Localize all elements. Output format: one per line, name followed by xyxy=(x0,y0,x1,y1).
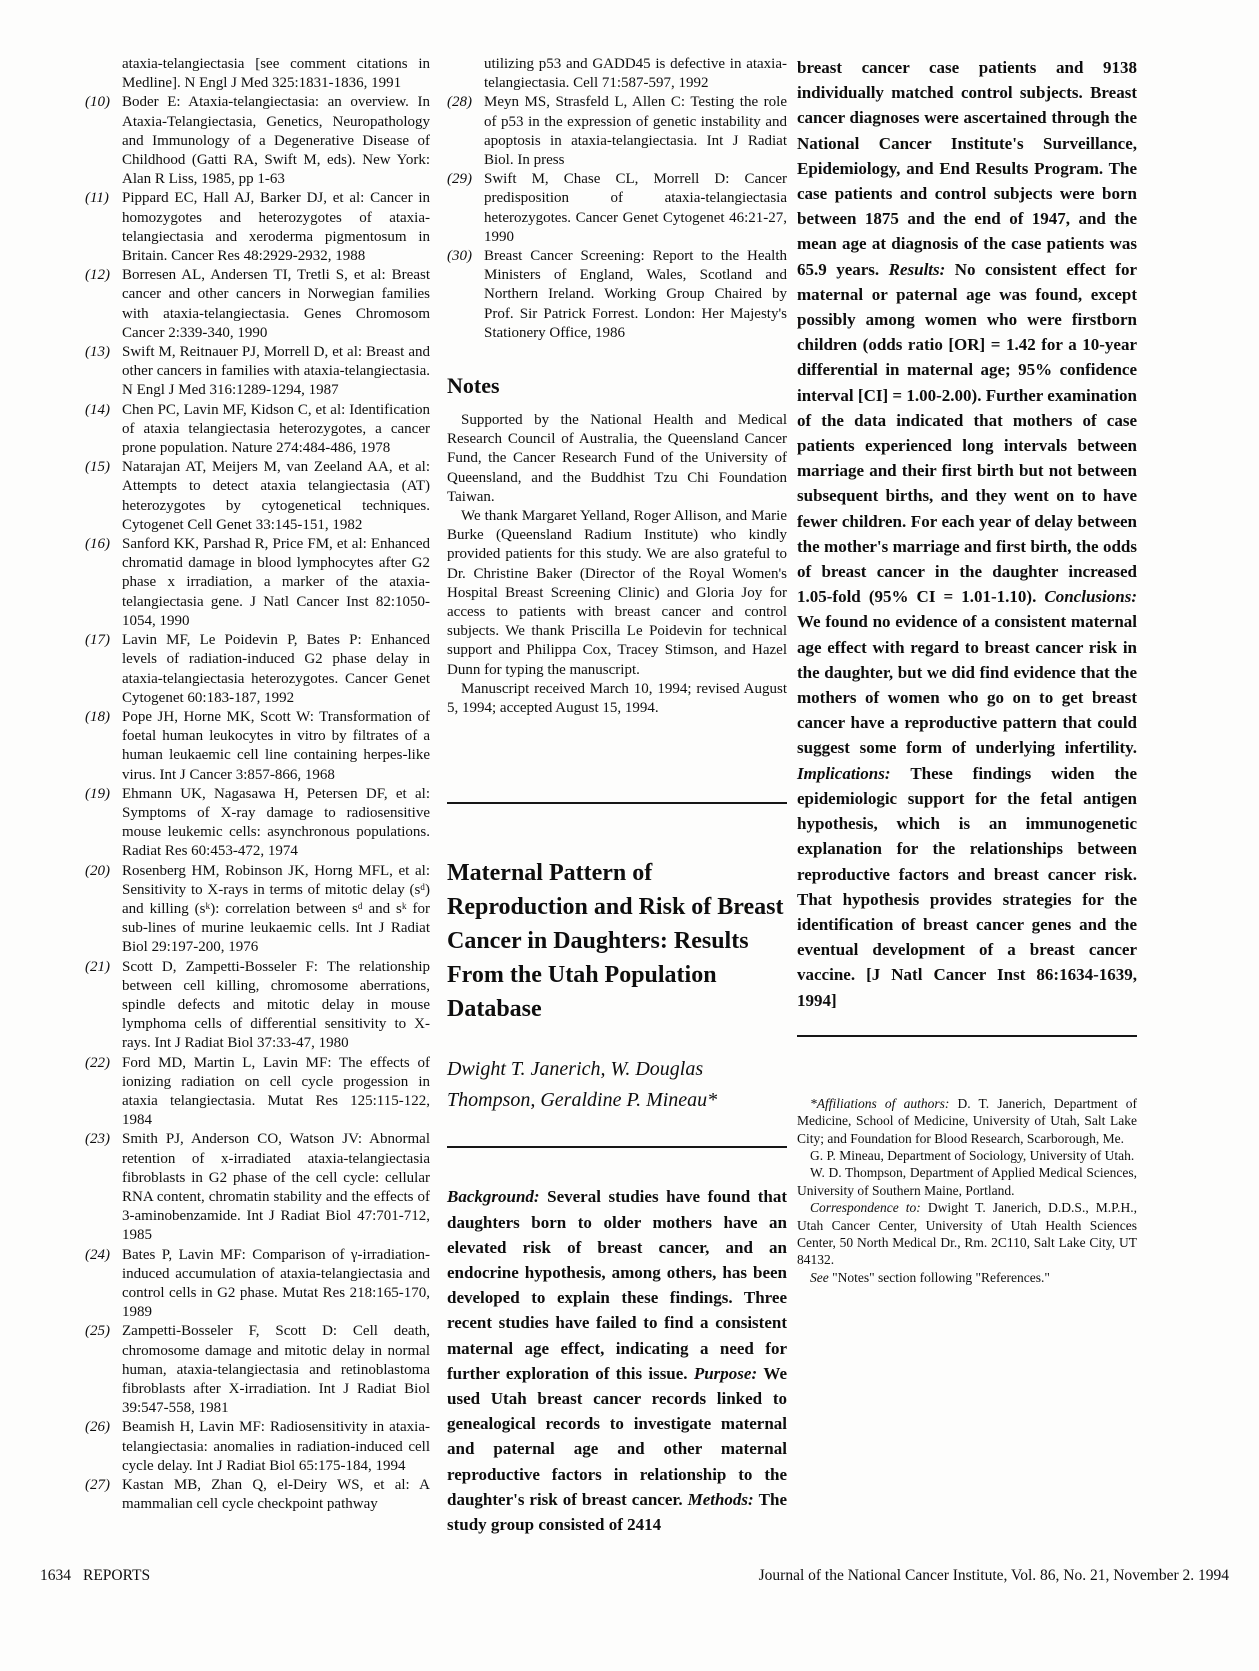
reference-number: (20) xyxy=(85,862,122,881)
reference-item: (10)Boder E: Ataxia-telangiectasia: an o… xyxy=(85,93,430,189)
reference-text: Natarajan AT, Meijers M, van Zeeland AA,… xyxy=(122,459,430,533)
abstract-text-right: breast cancer case patients and 9138 ind… xyxy=(797,55,1137,1013)
reference-number: (15) xyxy=(85,458,122,477)
reference-number: (28) xyxy=(447,93,484,112)
reference-number: (18) xyxy=(85,708,122,727)
reference-text: Breast Cancer Screening: Report to the H… xyxy=(484,248,787,341)
affiliation-paragraph: W. D. Thompson, Department of Applied Me… xyxy=(797,1164,1137,1199)
reference-item: (19)Ehmann UK, Nagasawa H, Petersen DF, … xyxy=(85,785,430,862)
reference-text: Chen PC, Lavin MF, Kidson C, et al: Iden… xyxy=(122,402,430,456)
affiliation-lead: See xyxy=(810,1270,832,1285)
reference-number: (25) xyxy=(85,1322,122,1341)
affiliation-lead: Correspondence to: xyxy=(810,1200,928,1215)
reference-item: (28)Meyn MS, Strasfeld L, Allen C: Testi… xyxy=(447,93,787,170)
middle-column: utilizing p53 and GADD45 is defective in… xyxy=(447,55,787,1537)
reference-text: Zampetti-Bosseler F, Scott D: Cell death… xyxy=(122,1323,430,1416)
reference-text: Rosenberg HM, Robinson JK, Horng MFL, et… xyxy=(122,863,430,956)
page-footer: 1634REPORTS Journal of the National Canc… xyxy=(40,1567,1229,1585)
reference-item: (16)Sanford KK, Parshad R, Price FM, et … xyxy=(85,535,430,631)
reference-number: (29) xyxy=(447,170,484,189)
reference-text: Pope JH, Horne MK, Scott W: Transformati… xyxy=(122,709,430,783)
reference-item: (18)Pope JH, Horne MK, Scott W: Transfor… xyxy=(85,708,430,785)
right-column: breast cancer case patients and 9138 ind… xyxy=(797,55,1137,1286)
reference-number: (30) xyxy=(447,247,484,266)
section-label: REPORTS xyxy=(83,1567,150,1584)
affiliations-footnote: *Affiliations of authors: D. T. Janerich… xyxy=(797,1095,1137,1286)
abstract-section-label: Purpose: xyxy=(688,1364,764,1383)
abstract-section-text: breast cancer case patients and 9138 ind… xyxy=(797,58,1137,279)
reference-item: (21)Scott D, Zampetti-Bosseler F: The re… xyxy=(85,958,430,1054)
divider-above-affiliations xyxy=(797,1035,1137,1037)
references-column-left: ataxia-telangiectasia [see comment citat… xyxy=(85,55,430,1514)
reference-item: (29)Swift M, Chase CL, Morrell D: Cancer… xyxy=(447,170,787,247)
reference-item: (26)Beamish H, Lavin MF: Radiosensitivit… xyxy=(85,1418,430,1476)
reference-number: (12) xyxy=(85,266,122,285)
references-list-left: (10)Boder E: Ataxia-telangiectasia: an o… xyxy=(85,93,430,1514)
reference-text: Meyn MS, Strasfeld L, Allen C: Testing t… xyxy=(484,94,787,168)
reference-item: (25)Zampetti-Bosseler F, Scott D: Cell d… xyxy=(85,1322,430,1418)
reference-carryover-left: ataxia-telangiectasia [see comment citat… xyxy=(85,55,430,93)
reference-number: (13) xyxy=(85,343,122,362)
reference-text: Smith PJ, Anderson CO, Watson JV: Abnorm… xyxy=(122,1131,430,1243)
reference-text: Borresen AL, Andersen TI, Tretli S, et a… xyxy=(122,267,430,341)
reference-number: (23) xyxy=(85,1130,122,1149)
abstract-text-middle: Background: Several studies have found t… xyxy=(447,1184,787,1537)
reference-text: Boder E: Ataxia-telangiectasia: an overv… xyxy=(122,94,430,187)
reference-number: (16) xyxy=(85,535,122,554)
abstract-section-text: Several studies have found that daughter… xyxy=(447,1187,787,1382)
reference-number: (24) xyxy=(85,1246,122,1265)
reference-number: (26) xyxy=(85,1418,122,1437)
article-title: Maternal Pattern of Reproduction and Ris… xyxy=(447,856,787,1026)
divider-below-authors xyxy=(447,1146,787,1148)
notes-paragraph: Manuscript received March 10, 1994; revi… xyxy=(447,680,787,718)
notes-paragraph: We thank Margaret Yelland, Roger Allison… xyxy=(447,507,787,680)
notes-paragraph: Supported by the National Health and Med… xyxy=(447,411,787,507)
abstract-section-text: No consistent effect for maternal or pat… xyxy=(797,260,1137,607)
reference-number: (14) xyxy=(85,401,122,420)
abstract-section-label: Results: xyxy=(879,260,955,279)
reference-text: Swift M, Reitnauer PJ, Morrell D, et al:… xyxy=(122,344,430,398)
page-number-footer: 1634REPORTS xyxy=(40,1567,150,1585)
reference-item: (20)Rosenberg HM, Robinson JK, Horng MFL… xyxy=(85,862,430,958)
reference-text: Kastan MB, Zhan Q, el-Deiry WS, et al: A… xyxy=(122,1477,430,1512)
abstract-section-text: These findings widen the epidemiologic s… xyxy=(797,764,1137,1010)
reference-text: Lavin MF, Le Poidevin P, Bates P: Enhanc… xyxy=(122,632,430,706)
reference-item: (22)Ford MD, Martin L, Lavin MF: The eff… xyxy=(85,1054,430,1131)
abstract-section-label: Background: xyxy=(447,1187,547,1206)
reference-text: Scott D, Zampetti-Bosseler F: The relati… xyxy=(122,959,430,1052)
reference-text: Ford MD, Martin L, Lavin MF: The effects… xyxy=(122,1055,430,1129)
reference-number: (17) xyxy=(85,631,122,650)
reference-item: (13)Swift M, Reitnauer PJ, Morrell D, et… xyxy=(85,343,430,401)
reference-item: (27)Kastan MB, Zhan Q, el-Deiry WS, et a… xyxy=(85,1476,430,1514)
divider-above-title xyxy=(447,802,787,804)
reference-item: (15)Natarajan AT, Meijers M, van Zeeland… xyxy=(85,458,430,535)
affiliation-paragraph: See "Notes" section following "Reference… xyxy=(797,1269,1137,1286)
journal-footer: Journal of the National Cancer Institute… xyxy=(759,1567,1229,1585)
reference-item: (23)Smith PJ, Anderson CO, Watson JV: Ab… xyxy=(85,1130,430,1245)
abstract-section-label: Implications: xyxy=(797,764,910,783)
reference-number: (27) xyxy=(85,1476,122,1495)
article-authors: Dwight T. Janerich, W. Douglas Thompson,… xyxy=(447,1054,787,1116)
reference-text: Sanford KK, Parshad R, Price FM, et al: … xyxy=(122,536,430,629)
abstract-section-label: Methods: xyxy=(683,1490,759,1509)
reference-item: (14)Chen PC, Lavin MF, Kidson C, et al: … xyxy=(85,401,430,459)
reference-item: (30)Breast Cancer Screening: Report to t… xyxy=(447,247,787,343)
affiliation-paragraph: *Affiliations of authors: D. T. Janerich… xyxy=(797,1095,1137,1147)
abstract-section-text: We found no evidence of a consistent mat… xyxy=(797,612,1137,757)
abstract-section-text: We used Utah breast cancer records linke… xyxy=(447,1364,787,1509)
abstract-section-label: Conclusions: xyxy=(1036,587,1137,606)
notes-heading: Notes xyxy=(447,373,787,399)
reference-item: (12)Borresen AL, Andersen TI, Tretli S, … xyxy=(85,266,430,343)
affiliation-lead: *Affiliations of authors: xyxy=(810,1096,958,1111)
page-number: 1634 xyxy=(40,1567,71,1584)
reference-text: Bates P, Lavin MF: Comparison of γ-irrad… xyxy=(122,1247,430,1321)
affiliation-paragraph: G. P. Mineau, Department of Sociology, U… xyxy=(797,1147,1137,1164)
reference-number: (11) xyxy=(85,189,122,208)
reference-text: Beamish H, Lavin MF: Radiosensitivity in… xyxy=(122,1419,430,1473)
reference-number: (10) xyxy=(85,93,122,112)
reference-number: (22) xyxy=(85,1054,122,1073)
reference-number: (21) xyxy=(85,958,122,977)
notes-paragraphs: Supported by the National Health and Med… xyxy=(447,411,787,718)
affiliation-paragraph: Correspondence to: Dwight T. Janerich, D… xyxy=(797,1199,1137,1269)
reference-item: (24)Bates P, Lavin MF: Comparison of γ-i… xyxy=(85,1246,430,1323)
reference-text: Ehmann UK, Nagasawa H, Petersen DF, et a… xyxy=(122,786,430,860)
reference-text: Pippard EC, Hall AJ, Barker DJ, et al: C… xyxy=(122,190,430,264)
reference-item: (17)Lavin MF, Le Poidevin P, Bates P: En… xyxy=(85,631,430,708)
reference-number: (19) xyxy=(85,785,122,804)
reference-item: (11)Pippard EC, Hall AJ, Barker DJ, et a… xyxy=(85,189,430,266)
references-list-middle: (28)Meyn MS, Strasfeld L, Allen C: Testi… xyxy=(447,93,787,343)
reference-text: Swift M, Chase CL, Morrell D: Cancer pre… xyxy=(484,171,787,245)
reference-carryover-middle: utilizing p53 and GADD45 is defective in… xyxy=(447,55,787,93)
